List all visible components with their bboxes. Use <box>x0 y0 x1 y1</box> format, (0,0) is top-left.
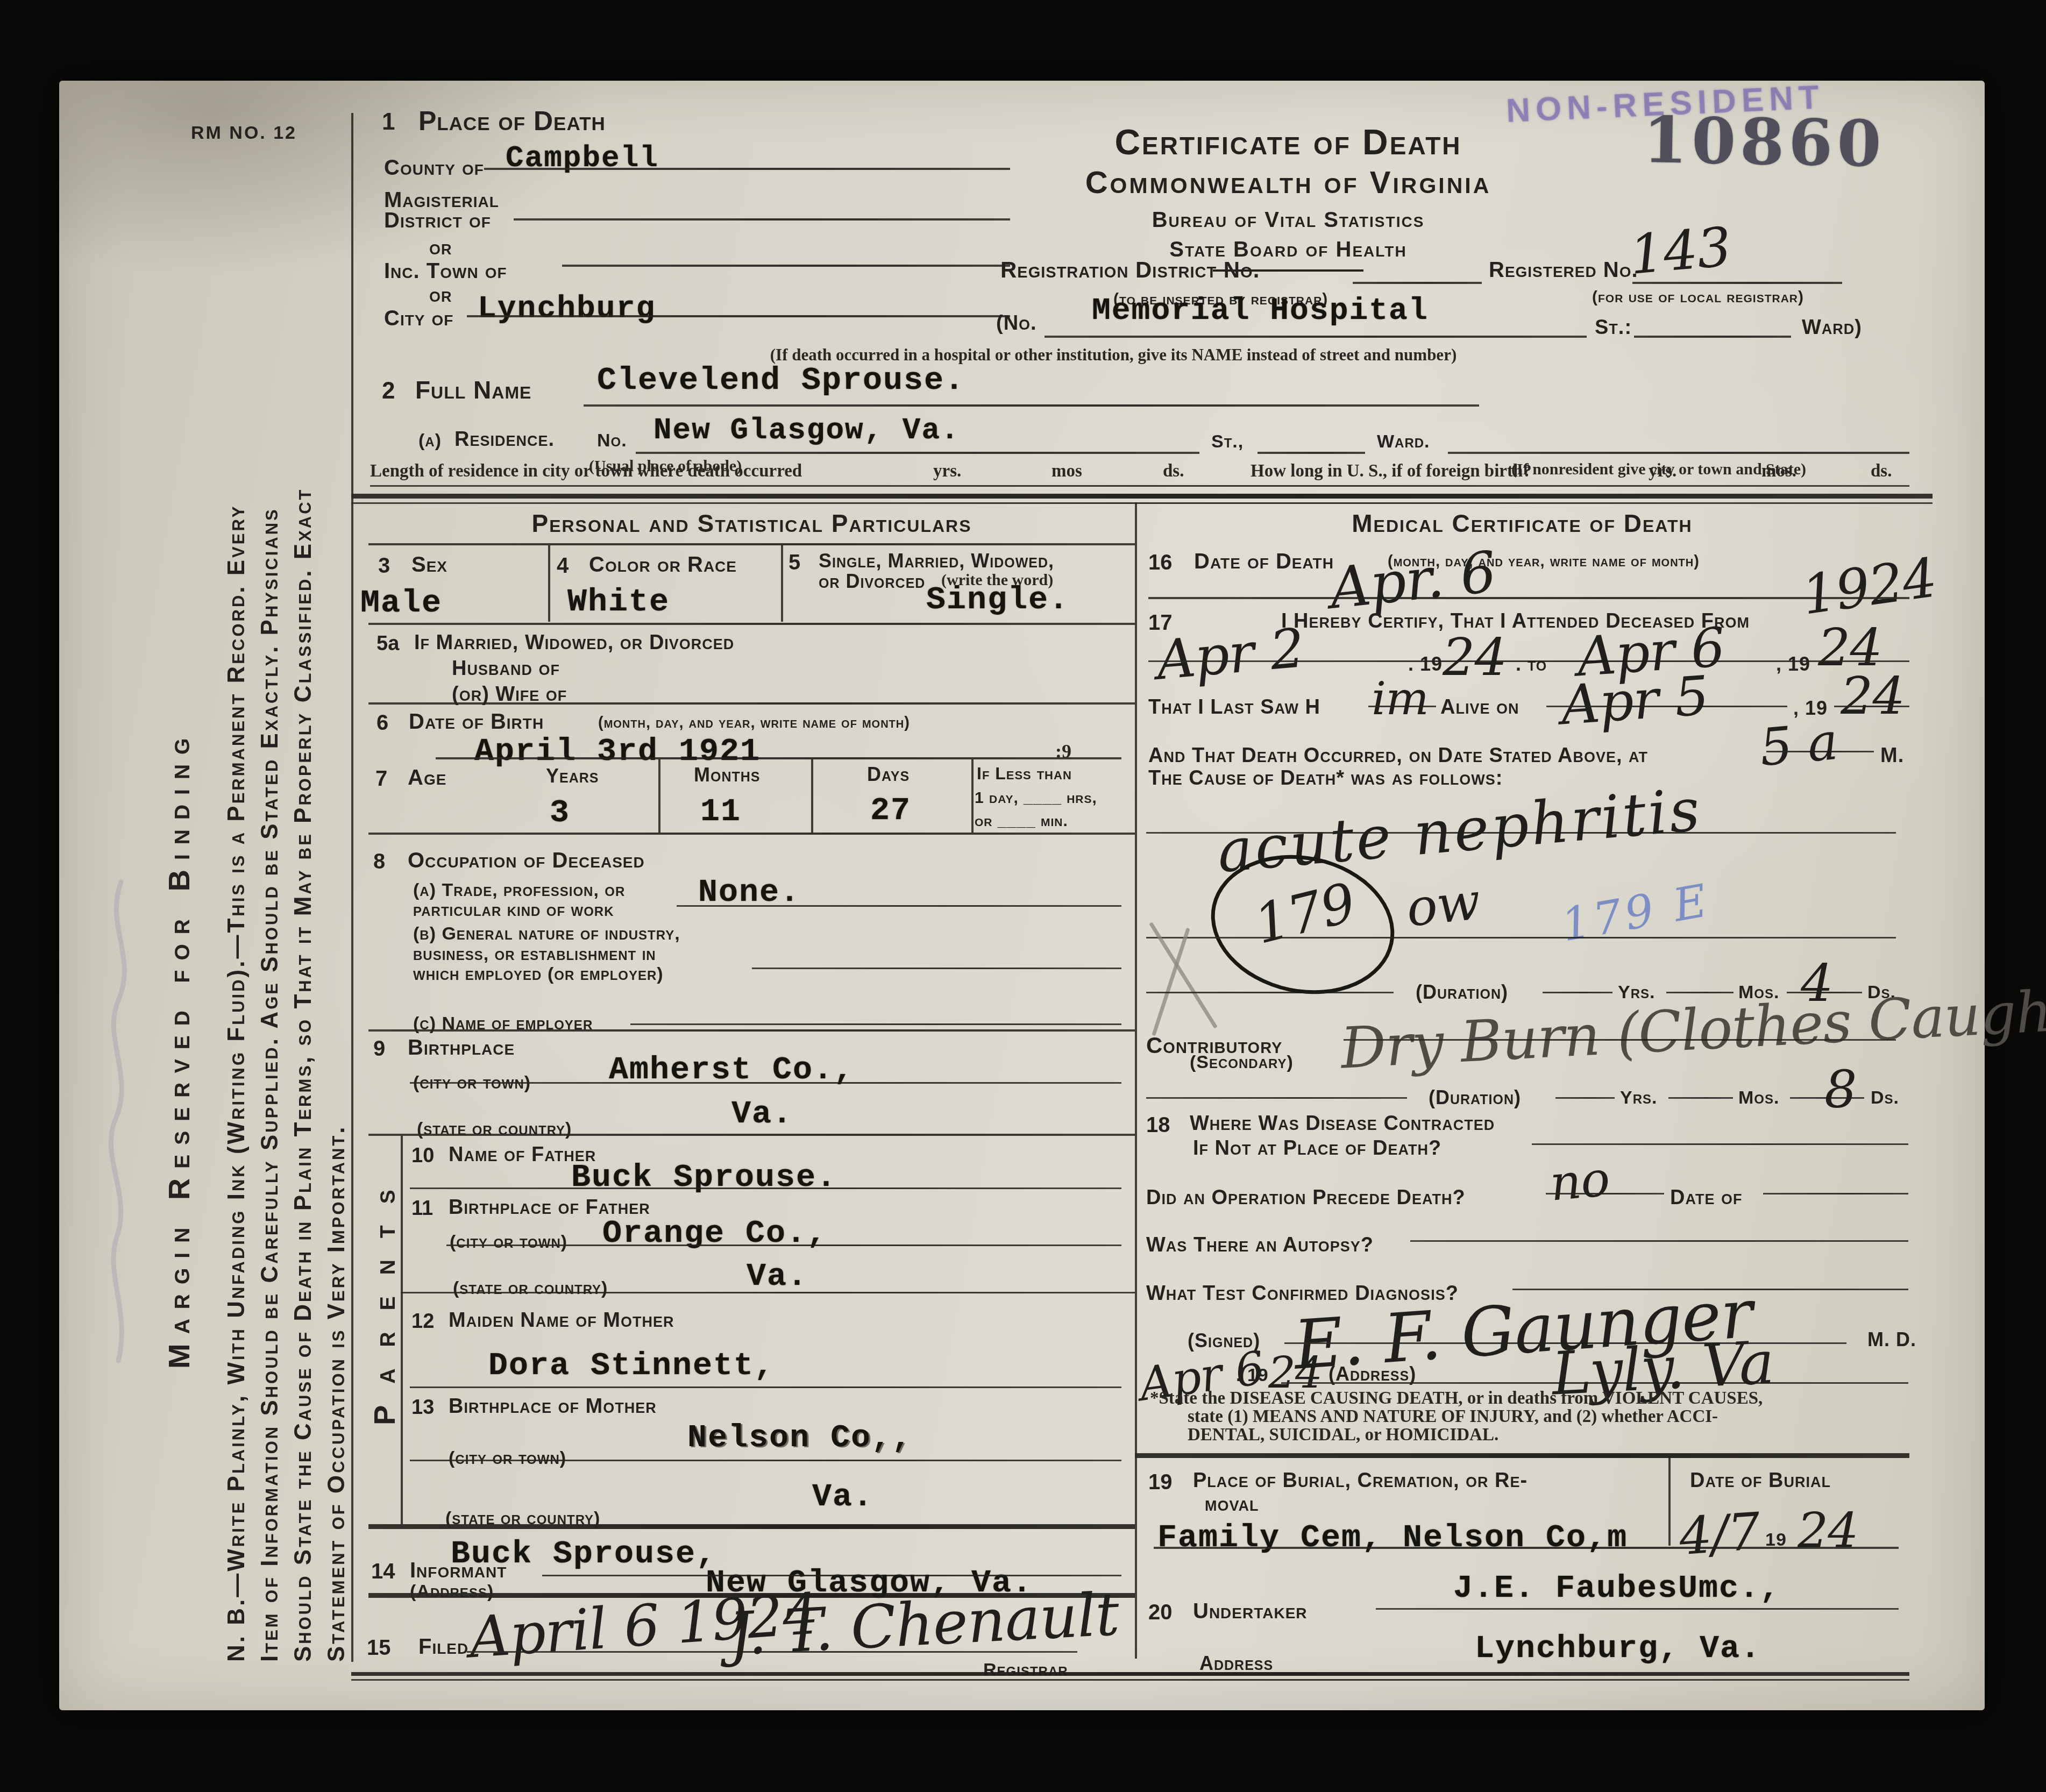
row345-bottom-line <box>368 623 1135 625</box>
sex-label: Sex <box>411 553 447 577</box>
sec15-number: 15 <box>367 1636 391 1660</box>
margin-scribble <box>89 861 153 1398</box>
dod-label: Date of Death <box>1194 550 1334 574</box>
mother-label: Maiden Name of Mother <box>449 1309 674 1332</box>
length-mos: mos <box>1052 461 1082 481</box>
cause-line-2 <box>1146 937 1896 938</box>
age-divider1 <box>658 759 660 833</box>
form-number: RM NO. 12 <box>191 123 297 144</box>
age-days-header: Days <box>867 763 910 786</box>
reg-district-line <box>1353 282 1482 284</box>
certify-to-label: . to <box>1516 653 1547 675</box>
margin-nb-line1: N. B.—Write Plainly, With Unfading Ink (… <box>223 504 250 1662</box>
sec1-title: Place of Death <box>418 105 606 137</box>
dur2-ds: Ds. <box>1871 1087 1899 1108</box>
footnote-line-3: DENTAL, SUICIDAL, or HOMICIDAL. <box>1188 1425 1498 1445</box>
ward-paren-label: Ward) <box>1802 316 1862 339</box>
dob-note: (month, day, and year, write name of mon… <box>598 714 910 732</box>
operation-value: no <box>1548 1150 1612 1212</box>
county-label: County of <box>384 156 484 180</box>
age-divider3 <box>971 759 974 833</box>
burial-divider <box>1668 1456 1671 1546</box>
sec18-number: 18 <box>1146 1113 1170 1137</box>
certify-line <box>1148 660 1909 662</box>
form-bottom-thin-line <box>351 1679 1909 1681</box>
burial-place-value: Family Cem, Nelson Co,m <box>1157 1520 1628 1556</box>
parents-vertical-label: Parents <box>367 1168 402 1425</box>
county-line <box>484 168 1010 170</box>
right-section-title: Medical Certificate of Death <box>1135 509 1909 538</box>
residence-st-line <box>1258 452 1365 454</box>
sec5a-label: If Married, Widowed, or Divorced <box>414 631 734 655</box>
undertaker-value: J.E. FaubesUmc., <box>1453 1570 1780 1607</box>
father-bp-state-label: (state or country) <box>453 1278 608 1299</box>
sec10-number: 10 <box>411 1144 434 1168</box>
title-commonwealth: Commonwealth of Virginia <box>1017 165 1560 201</box>
parents-bottom-heavy-line <box>368 1524 1135 1529</box>
residence-a: (a) <box>418 430 442 451</box>
informant-address-label: (Address) <box>410 1581 494 1602</box>
father-bp-city-label: (city or town) <box>450 1232 567 1253</box>
footnote-line-2: state (1) MEANS AND NATURE OF INJURY, an… <box>1188 1407 1718 1427</box>
age-months-value: 11 <box>700 794 741 830</box>
occ-bottom-line <box>368 1029 1135 1032</box>
title-bureau: Bureau of Vital Statistics <box>1017 208 1560 232</box>
occ-a-line <box>677 905 1121 907</box>
st-label: St.: <box>1595 316 1632 339</box>
dur2-value: 8 <box>1824 1061 1856 1120</box>
age-ifless-1: If Less than <box>977 764 1072 784</box>
occ-b-label-2: business, or establishment in <box>413 944 656 965</box>
length-residence-label: Length of residence in city or town wher… <box>370 461 802 481</box>
sec13-number: 13 <box>411 1396 434 1419</box>
age-months-header: Months <box>694 764 761 786</box>
sec4-number: 4 <box>557 554 569 578</box>
dur2-seg2 <box>1668 1097 1733 1099</box>
hospital-note: (If death occurred in a hospital or othe… <box>672 345 1554 365</box>
howlong-ds: ds. <box>1871 461 1892 481</box>
operation-line <box>1546 1193 1664 1194</box>
howlong-mos: mos. <box>1761 461 1796 481</box>
sec18-label-1: Where Was Disease Contracted <box>1190 1112 1495 1135</box>
row345-divider2 <box>781 545 783 622</box>
inc-town-label: Inc. Town of <box>384 259 507 283</box>
dob-label: Date of Birth <box>409 710 544 734</box>
certificate-paper: RM NO. 12 Margin Reserved for Binding N.… <box>59 81 1985 1710</box>
sec5a-number: 5a <box>376 632 399 656</box>
lastsaw-label-1: That I Last Saw H <box>1148 696 1320 719</box>
lastsaw-year-line <box>1834 706 1909 707</box>
margin-nb-line3: Should State the Cause of Death in Plain… <box>290 487 317 1662</box>
registered-label: Registered No. <box>1489 258 1638 282</box>
age-years-header: Years <box>546 765 599 787</box>
marital-value: Single. <box>926 582 1069 618</box>
inc-town-line <box>562 265 1010 267</box>
registered-value: 143 <box>1627 215 1733 287</box>
form-left-border <box>351 113 353 1662</box>
mother-bp-city-line <box>410 1460 1121 1461</box>
occ-c-line <box>630 1023 1121 1025</box>
birthplace-city-line <box>410 1082 1121 1084</box>
birthplace-state-value: Va. <box>731 1096 793 1133</box>
length-row-line <box>370 485 1909 487</box>
dur1-lead-line <box>1146 992 1394 993</box>
form-bottom-heavy-line <box>351 1672 1909 1676</box>
dod-line <box>1148 597 1909 599</box>
dur2-mos: Mos. <box>1738 1087 1779 1108</box>
dur2-seg3 <box>1790 1097 1864 1099</box>
filed-label: Filed <box>418 1635 468 1659</box>
lastsaw-label-2: Alive on <box>1440 696 1519 719</box>
district-line <box>514 218 1010 221</box>
mother-bp-city-label: (city or town) <box>449 1448 566 1469</box>
sec16-number: 16 <box>1148 551 1173 575</box>
institution-value: Memorial Hospital <box>1092 294 1429 329</box>
sec8-number: 8 <box>373 850 385 874</box>
father-bp-bottom-line <box>401 1292 1135 1293</box>
dod-value: Apr. 6 <box>1326 539 1498 622</box>
certify-24a: 24 <box>1443 628 1507 687</box>
burial-label-2: moval <box>1205 1493 1259 1516</box>
occ-b-line <box>752 968 1121 969</box>
burial-label-1: Place of Burial, Cremation, or Re- <box>1193 1469 1528 1492</box>
occurred-time-line <box>1766 751 1874 752</box>
howlong-label: How long in U. S., if of foreign birth? <box>1251 461 1532 481</box>
age-ifless-3: or ____ min. <box>975 812 1068 830</box>
sec7-number: 7 <box>375 767 387 791</box>
burial-date-label: Date of Burial <box>1690 1469 1831 1492</box>
age-years-value: 3 <box>550 795 570 831</box>
registrar-label: Registrar <box>983 1660 1068 1681</box>
burial-line <box>1154 1547 1899 1549</box>
dod-year: 1924 <box>1798 546 1940 627</box>
marital-label-1: Single, Married, Widowed, <box>819 550 1054 572</box>
father-value: Buck Sprouse. <box>571 1160 837 1196</box>
occ-b-label-3: which employed (or employer) <box>413 964 664 985</box>
mother-bp-state-value: Va. <box>812 1479 873 1516</box>
cause-code-scribble: ow <box>1404 872 1483 938</box>
residence-st-label: St., <box>1211 431 1244 452</box>
dur2-lead-line <box>1146 1097 1407 1099</box>
residence-label: Residence. <box>454 428 555 451</box>
certificate-number-stamp: 10860 <box>1643 102 1886 181</box>
occurred-label-2: M. <box>1880 744 1904 767</box>
age-ifless-2: 1 day, ____ hrs, <box>975 789 1097 807</box>
sec2-number: 2 <box>382 378 395 404</box>
signed-19: . 19 <box>1236 1365 1269 1386</box>
secondary-label: (Secondary) <box>1190 1052 1294 1073</box>
sec11-number: 11 <box>411 1197 433 1220</box>
age-days-value: 27 <box>870 793 911 829</box>
column-divider <box>1135 502 1137 1659</box>
mother-bp-city-value: Nelson Co,, <box>687 1420 912 1456</box>
pencil-cross-stroke-2 <box>1152 928 1190 1036</box>
residence-no-label: No. <box>597 430 627 451</box>
header-divider-heavy <box>351 494 1933 499</box>
lastsaw-24: 24 <box>1841 667 1905 726</box>
sec5-number: 5 <box>788 551 800 575</box>
lastsaw-date-line <box>1546 706 1787 707</box>
autopsy-line <box>1410 1240 1908 1242</box>
father-bp-state-value: Va. <box>747 1258 808 1295</box>
sec5a-bottom-line <box>368 702 1135 705</box>
burial-24: 24 <box>1798 1503 1858 1559</box>
certify-from-value: Apr 2 <box>1154 616 1306 692</box>
lastsaw-date: Apr 5 <box>1559 664 1710 737</box>
mother-line <box>410 1386 1121 1388</box>
sec18-label-2: If Not at Place of Death? <box>1193 1137 1441 1160</box>
contributory-line <box>1344 1039 1896 1041</box>
undertaker-line <box>1376 1608 1899 1610</box>
dur1-seg1 <box>1543 992 1612 993</box>
dur1-seg2 <box>1666 992 1734 993</box>
sec3-number: 3 <box>378 554 390 578</box>
husband-of-label: Husband of <box>452 657 560 680</box>
fullname-value: Clevelend Sprouse. <box>597 362 965 399</box>
residence-value: New Glasgow, Va. <box>653 413 960 447</box>
age-bottom-line <box>368 833 1135 835</box>
county-value: Campbell <box>506 141 659 175</box>
residence-ward-label: Ward. <box>1377 431 1430 452</box>
title-certificate: Certificate of Death <box>1017 122 1560 162</box>
signed-address-line <box>1281 1382 1908 1384</box>
md-label: M. D. <box>1867 1328 1916 1351</box>
sec9-number: 9 <box>373 1037 385 1061</box>
birthplace-label: Birthplace <box>408 1036 515 1060</box>
left-section-title: Personal and Statistical Particulars <box>368 509 1135 538</box>
father-bp-city-line <box>446 1245 1121 1246</box>
occurred-time: 5 a <box>1757 712 1839 778</box>
header-title-block: Certificate of Death Commonwealth of Vir… <box>1017 122 1560 272</box>
date-of-label: Date of <box>1670 1186 1743 1210</box>
sec1-number: 1 <box>382 109 395 136</box>
father-line <box>410 1187 1121 1189</box>
dur2-seg1 <box>1555 1097 1615 1099</box>
occ-a-label-1: (a) Trade, profession, or <box>413 880 625 901</box>
lastsaw-im: im <box>1372 672 1429 726</box>
mother-bp-label: Birthplace of Mother <box>449 1395 657 1418</box>
howlong-yrs: yrs. <box>1649 461 1676 481</box>
header-divider-thin <box>351 502 1933 504</box>
row345-top-line <box>368 543 1135 545</box>
dur2-yrs: Yrs. <box>1620 1087 1657 1108</box>
birthplace-bottom-line <box>368 1134 1135 1136</box>
occ-b-label-1: (b) General nature of industry, <box>413 923 680 944</box>
city-of-label: City of <box>384 307 453 331</box>
city-line <box>467 315 1010 317</box>
institution-line <box>1045 336 1587 338</box>
occ-a-label-2: particular kind of work <box>413 900 614 921</box>
cause-line-1 <box>1146 832 1896 834</box>
sec20-number: 20 <box>1148 1601 1173 1625</box>
margin-nb-line2: Item of Information Should be Carefully … <box>257 507 283 1662</box>
sec12-number: 12 <box>411 1310 434 1333</box>
sec19-number: 19 <box>1148 1470 1173 1495</box>
length-yrs: yrs. <box>933 461 961 481</box>
residence-ward-line <box>1448 452 1909 454</box>
row345-divider1 <box>548 545 550 622</box>
certify-19b: , 19 <box>1776 653 1810 675</box>
undertaker-label: Undertaker <box>1193 1599 1308 1624</box>
length-ds: ds. <box>1163 461 1184 481</box>
informant-label: Informant <box>410 1559 507 1583</box>
registered-line <box>1632 282 1842 284</box>
fullname-line <box>584 404 1479 407</box>
margin-nb-line4: Statement of Occupation is Very Importan… <box>323 1125 350 1662</box>
cause-code-blue: 179 E <box>1558 874 1714 952</box>
or-label-1: or <box>429 237 452 260</box>
or-label-2: or <box>429 284 452 307</box>
registered-note: (for use of local registrar) <box>1592 288 1804 307</box>
margin-binding-note: Margin Reserved for Binding <box>161 729 196 1369</box>
age-label: Age <box>408 766 446 790</box>
sec18-line <box>1532 1143 1908 1145</box>
sex-value: Male <box>360 585 442 622</box>
cause-label: The Cause of Death* was as follows: <box>1148 767 1503 790</box>
age-divider2 <box>811 759 813 833</box>
city-value: Lynchburg <box>478 291 656 326</box>
sec6-number: 6 <box>376 711 388 735</box>
reg-district-label: Registration District No. <box>1000 257 1260 283</box>
dur2-label: (Duration) <box>1429 1086 1521 1109</box>
autopsy-label: Was There an Autopsy? <box>1146 1234 1374 1257</box>
race-value: White <box>567 584 670 621</box>
operation-label: Did an Operation Precede Death? <box>1146 1186 1466 1210</box>
undertaker-address-value: Lynchburg, Va. <box>1475 1631 1761 1667</box>
sec19-top-heavy-line <box>1135 1453 1909 1458</box>
footnote-line-1: *State the DISEASE CAUSING DEATH, or in … <box>1150 1389 1763 1409</box>
marital-label-2: or Divorced <box>819 570 925 593</box>
undertaker-address-label: Address <box>1199 1652 1273 1675</box>
residence-line <box>636 452 1199 454</box>
lastsaw-im-line <box>1368 706 1436 707</box>
sec14-number: 14 <box>371 1560 395 1584</box>
occupation-label: Occupation of Deceased <box>408 849 645 873</box>
district-of-label: District of <box>384 209 491 233</box>
mother-value: Dora Stinnett, <box>488 1348 775 1384</box>
father-bp-city-value: Orange Co., <box>602 1215 827 1252</box>
birthplace-state-label: (state or country) <box>417 1119 572 1140</box>
dur1-label: (Duration) <box>1416 981 1508 1004</box>
dob-line <box>436 757 1121 759</box>
fullname-label: Full Name <box>415 375 531 404</box>
burial-date-value: 4/7 <box>1677 1502 1761 1567</box>
occurred-label-1: And That Death Occurred, on Date Stated … <box>1148 744 1648 767</box>
filed-line <box>467 1651 1077 1653</box>
race-label: Color or Race <box>589 553 737 577</box>
no-paren-label: (No. <box>996 312 1037 335</box>
informant-line <box>542 1575 1121 1576</box>
st-line <box>1634 336 1791 338</box>
date-of-line <box>1763 1193 1908 1194</box>
